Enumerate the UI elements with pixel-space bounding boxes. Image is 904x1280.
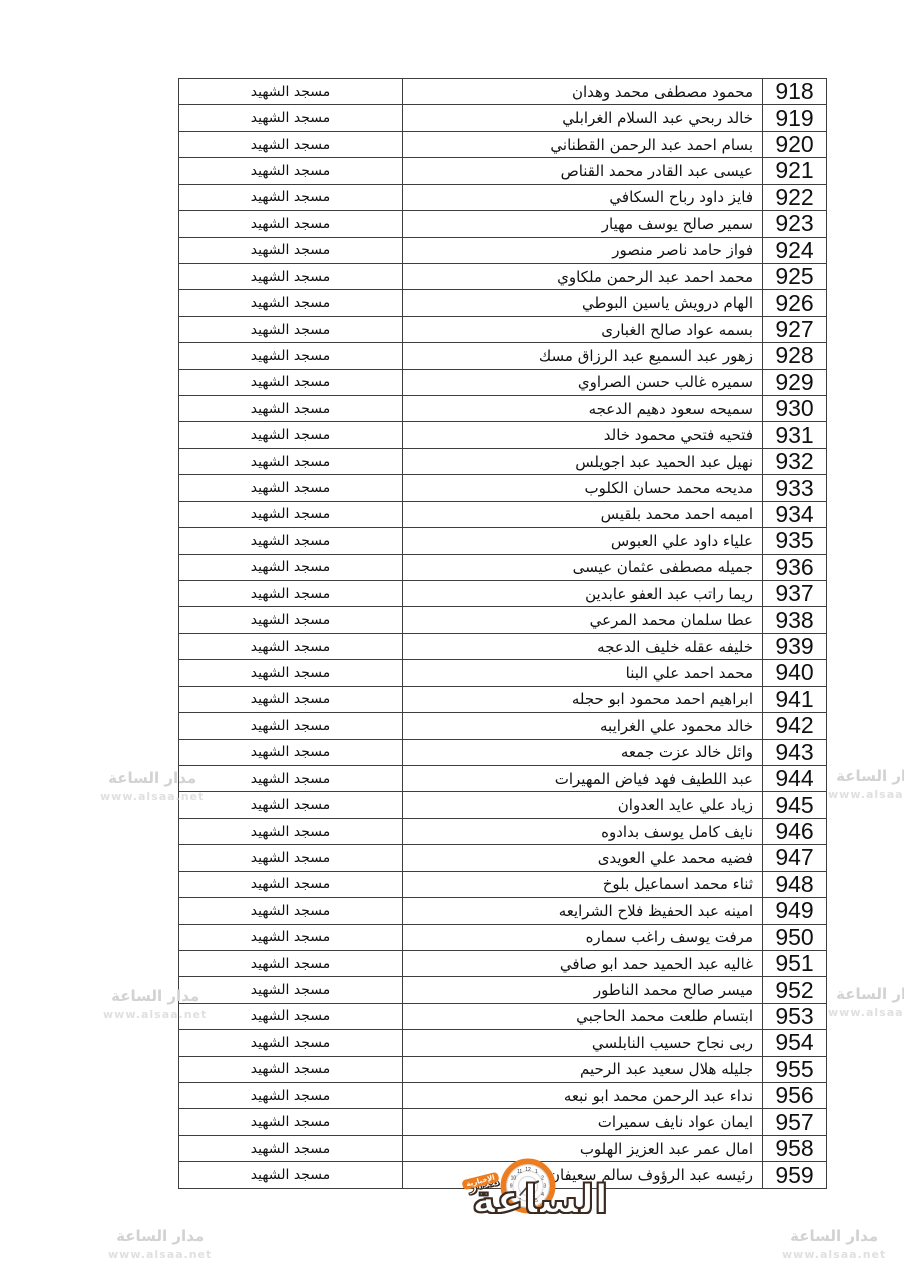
row-number-cell: 936 <box>763 554 827 580</box>
table-row: 948 ثناء محمد اسماعيل بلوخ مسجد الشهيد <box>179 871 827 897</box>
person-name-cell: سمير صالح يوسف مهيار <box>403 211 763 237</box>
mosque-name-cell: مسجد الشهيد <box>179 131 403 157</box>
row-number-cell: 921 <box>763 158 827 184</box>
row-number-cell: 952 <box>763 977 827 1003</box>
person-name-cell: غاليه عبد الحميد حمد ابو صافي <box>403 950 763 976</box>
mosque-name-cell: مسجد الشهيد <box>179 633 403 659</box>
mosque-name-cell: مسجد الشهيد <box>179 448 403 474</box>
table-row: 920 بسام احمد عبد الرحمن القطناني مسجد ا… <box>179 131 827 157</box>
row-number-cell: 937 <box>763 581 827 607</box>
table-row: 946 نايف كامل يوسف بدادوه مسجد الشهيد <box>179 818 827 844</box>
table-row: 928 زهور عبد السميع عبد الرزاق مسك مسجد … <box>179 343 827 369</box>
row-number-cell: 947 <box>763 845 827 871</box>
person-name-cell: خالد ربحي عبد السلام الغرابلي <box>403 105 763 131</box>
table-row: 930 سميحه سعود دهيم الدعجه مسجد الشهيد <box>179 396 827 422</box>
person-name-cell: ابتسام طلعت محمد الحاجبي <box>403 1003 763 1029</box>
table-row: 945 زياد علي عايد العدوان مسجد الشهيد <box>179 792 827 818</box>
mosque-name-cell: مسجد الشهيد <box>179 554 403 580</box>
row-number-cell: 950 <box>763 924 827 950</box>
person-name-cell: مرفت يوسف راغب سماره <box>403 924 763 950</box>
table-row: 931 فتحيه فتحي محمود خالد مسجد الشهيد <box>179 422 827 448</box>
person-name-cell: عبد اللطيف فهد فياض المهيرات <box>403 765 763 791</box>
table-row: 940 محمد احمد علي البنا مسجد الشهيد <box>179 660 827 686</box>
mosque-name-cell: مسجد الشهيد <box>179 158 403 184</box>
mosque-name-cell: مسجد الشهيد <box>179 818 403 844</box>
person-name-cell: بسمه عواد صالح الغبارى <box>403 316 763 342</box>
row-number-cell: 957 <box>763 1109 827 1135</box>
row-number-cell: 949 <box>763 898 827 924</box>
table-row: 923 سمير صالح يوسف مهيار مسجد الشهيد <box>179 211 827 237</box>
roster-table-body: 918 محمود مصطفى محمد وهدان مسجد الشهيد 9… <box>179 79 827 1189</box>
mosque-name-cell: مسجد الشهيد <box>179 184 403 210</box>
table-row: 927 بسمه عواد صالح الغبارى مسجد الشهيد <box>179 316 827 342</box>
mosque-name-cell: مسجد الشهيد <box>179 871 403 897</box>
mosque-name-cell: مسجد الشهيد <box>179 977 403 1003</box>
table-row: 922 فايز داود رباح السكافي مسجد الشهيد <box>179 184 827 210</box>
row-number-cell: 948 <box>763 871 827 897</box>
person-name-cell: ثناء محمد اسماعيل بلوخ <box>403 871 763 897</box>
row-number-cell: 919 <box>763 105 827 131</box>
person-name-cell: وائل خالد عزت جمعه <box>403 739 763 765</box>
table-row: 956 نداء عبد الرحمن محمد ابو نبعه مسجد ا… <box>179 1083 827 1109</box>
table-row: 929 سميره غالب حسن الصراوي مسجد الشهيد <box>179 369 827 395</box>
table-row: 954 ربى نجاح حسيب النابلسي مسجد الشهيد <box>179 1030 827 1056</box>
row-number-cell: 928 <box>763 343 827 369</box>
site-watermark: مدار الساعة www.alsaa.net <box>782 1226 886 1262</box>
row-number-cell: 955 <box>763 1056 827 1082</box>
person-name-cell: عطا سلمان محمد المرعي <box>403 607 763 633</box>
table-row: 924 فواز حامد ناصر منصور مسجد الشهيد <box>179 237 827 263</box>
table-row: 949 امينه عبد الحفيظ فلاح الشرايعه مسجد … <box>179 898 827 924</box>
watermark-url-text: www.alsaa.net <box>828 787 904 802</box>
person-name-cell: عيسى عبد القادر محمد القناص <box>403 158 763 184</box>
row-number-cell: 954 <box>763 1030 827 1056</box>
row-number-cell: 925 <box>763 263 827 289</box>
svg-text:1: 1 <box>535 1169 538 1175</box>
person-name-cell: زهور عبد السميع عبد الرزاق مسك <box>403 343 763 369</box>
site-watermark: مدار الساعة www.alsaa.net <box>828 766 904 802</box>
row-number-cell: 945 <box>763 792 827 818</box>
row-number-cell: 942 <box>763 713 827 739</box>
row-number-cell: 943 <box>763 739 827 765</box>
row-number-cell: 933 <box>763 475 827 501</box>
watermark-url-text: www.alsaa.net <box>828 1005 904 1020</box>
row-number-cell: 926 <box>763 290 827 316</box>
person-name-cell: فتحيه فتحي محمود خالد <box>403 422 763 448</box>
row-number-cell: 941 <box>763 686 827 712</box>
table-row: 918 محمود مصطفى محمد وهدان مسجد الشهيد <box>179 79 827 105</box>
mosque-name-cell: مسجد الشهيد <box>179 79 403 105</box>
mosque-name-cell: مسجد الشهيد <box>179 1135 403 1161</box>
mosque-name-cell: مسجد الشهيد <box>179 1056 403 1082</box>
row-number-cell: 922 <box>763 184 827 210</box>
table-row: 953 ابتسام طلعت محمد الحاجبي مسجد الشهيد <box>179 1003 827 1029</box>
row-number-cell: 929 <box>763 369 827 395</box>
table-row: 941 ابراهيم احمد محمود ابو حجله مسجد الش… <box>179 686 827 712</box>
person-name-cell: نايف كامل يوسف بدادوه <box>403 818 763 844</box>
table-row: 950 مرفت يوسف راغب سماره مسجد الشهيد <box>179 924 827 950</box>
site-watermark: مدار الساعة www.alsaa.net <box>108 1226 212 1262</box>
person-name-cell: محمد احمد علي البنا <box>403 660 763 686</box>
row-number-cell: 934 <box>763 501 827 527</box>
mosque-name-cell: مسجد الشهيد <box>179 660 403 686</box>
mosque-name-cell: مسجد الشهيد <box>179 686 403 712</box>
row-number-cell: 951 <box>763 950 827 976</box>
person-name-cell: ربى نجاح حسيب النابلسي <box>403 1030 763 1056</box>
person-name-cell: بسام احمد عبد الرحمن القطناني <box>403 131 763 157</box>
watermark-arabic-text: مدار الساعة <box>782 1226 886 1247</box>
row-number-cell: 938 <box>763 607 827 633</box>
table-row: 933 مديحه محمد حسان الكلوب مسجد الشهيد <box>179 475 827 501</box>
mosque-name-cell: مسجد الشهيد <box>179 290 403 316</box>
mosque-name-cell: مسجد الشهيد <box>179 316 403 342</box>
mosque-name-cell: مسجد الشهيد <box>179 475 403 501</box>
person-name-cell: خالد محمود علي الغرايبه <box>403 713 763 739</box>
person-name-cell: ايمان عواد نايف سميرات <box>403 1109 763 1135</box>
row-number-cell: 931 <box>763 422 827 448</box>
table-row: 937 ريما راتب عبد العفو عابدين مسجد الشه… <box>179 581 827 607</box>
mosque-name-cell: مسجد الشهيد <box>179 1083 403 1109</box>
document-page: 918 محمود مصطفى محمد وهدان مسجد الشهيد 9… <box>0 0 904 1280</box>
row-number-cell: 959 <box>763 1162 827 1188</box>
mosque-name-cell: مسجد الشهيد <box>179 1030 403 1056</box>
table-row: 957 ايمان عواد نايف سميرات مسجد الشهيد <box>179 1109 827 1135</box>
person-name-cell: الهام درويش ياسين البوطي <box>403 290 763 316</box>
person-name-cell: خليفه عقله خليف الدعجه <box>403 633 763 659</box>
mosque-name-cell: مسجد الشهيد <box>179 845 403 871</box>
person-name-cell: فواز حامد ناصر منصور <box>403 237 763 263</box>
table-row: 936 جميله مصطفى عثمان عيسى مسجد الشهيد <box>179 554 827 580</box>
table-row: 947 فضيه محمد علي العويدى مسجد الشهيد <box>179 845 827 871</box>
mosque-name-cell: مسجد الشهيد <box>179 713 403 739</box>
mosque-name-cell: مسجد الشهيد <box>179 396 403 422</box>
mosque-name-cell: مسجد الشهيد <box>179 607 403 633</box>
person-name-cell: زياد علي عايد العدوان <box>403 792 763 818</box>
person-name-cell: علياء داود علي العبوس <box>403 528 763 554</box>
person-name-cell: ابراهيم احمد محمود ابو حجله <box>403 686 763 712</box>
svg-text:12: 12 <box>525 1167 531 1173</box>
table-row: 944 عبد اللطيف فهد فياض المهيرات مسجد ال… <box>179 765 827 791</box>
person-name-cell: نهيل عبد الحميد عبد اجويلس <box>403 448 763 474</box>
row-number-cell: 918 <box>763 79 827 105</box>
table-row: 921 عيسى عبد القادر محمد القناص مسجد الش… <box>179 158 827 184</box>
table-row: 925 محمد احمد عبد الرحمن ملكاوي مسجد الش… <box>179 263 827 289</box>
mosque-name-cell: مسجد الشهيد <box>179 1162 403 1188</box>
person-name-cell: سميره غالب حسن الصراوي <box>403 369 763 395</box>
person-name-cell: محمد احمد عبد الرحمن ملكاوي <box>403 263 763 289</box>
victims-roster-table: 918 محمود مصطفى محمد وهدان مسجد الشهيد 9… <box>178 78 827 1189</box>
person-name-cell: ريما راتب عبد العفو عابدين <box>403 581 763 607</box>
person-name-cell: سميحه سعود دهيم الدعجه <box>403 396 763 422</box>
mosque-name-cell: مسجد الشهيد <box>179 528 403 554</box>
mosque-name-cell: مسجد الشهيد <box>179 1109 403 1135</box>
mosque-name-cell: مسجد الشهيد <box>179 898 403 924</box>
row-number-cell: 932 <box>763 448 827 474</box>
mosque-name-cell: مسجد الشهيد <box>179 581 403 607</box>
mosque-name-cell: مسجد الشهيد <box>179 501 403 527</box>
mosque-name-cell: مسجد الشهيد <box>179 792 403 818</box>
person-name-cell: محمود مصطفى محمد وهدان <box>403 79 763 105</box>
mosque-name-cell: مسجد الشهيد <box>179 105 403 131</box>
news-site-logo: 121234567891011 الإخبارية مدار الساعة <box>446 1150 616 1236</box>
table-row: 951 غاليه عبد الحميد حمد ابو صافي مسجد ا… <box>179 950 827 976</box>
table-row: 932 نهيل عبد الحميد عبد اجويلس مسجد الشه… <box>179 448 827 474</box>
row-number-cell: 953 <box>763 1003 827 1029</box>
person-name-cell: امينه عبد الحفيظ فلاح الشرايعه <box>403 898 763 924</box>
watermark-url-text: www.alsaa.net <box>782 1247 886 1262</box>
row-number-cell: 920 <box>763 131 827 157</box>
person-name-cell: فايز داود رباح السكافي <box>403 184 763 210</box>
mosque-name-cell: مسجد الشهيد <box>179 263 403 289</box>
person-name-cell: ميسر صالح محمد الناطور <box>403 977 763 1003</box>
row-number-cell: 940 <box>763 660 827 686</box>
row-number-cell: 956 <box>763 1083 827 1109</box>
row-number-cell: 924 <box>763 237 827 263</box>
row-number-cell: 958 <box>763 1135 827 1161</box>
site-watermark: مدار الساعة www.alsaa.net <box>828 984 904 1020</box>
table-row: 942 خالد محمود علي الغرايبه مسجد الشهيد <box>179 713 827 739</box>
person-name-cell: اميمه احمد محمد بلقيس <box>403 501 763 527</box>
watermark-arabic-text: مدار الساعة <box>828 984 904 1005</box>
table-row: 935 علياء داود علي العبوس مسجد الشهيد <box>179 528 827 554</box>
mosque-name-cell: مسجد الشهيد <box>179 369 403 395</box>
mosque-name-cell: مسجد الشهيد <box>179 343 403 369</box>
watermark-arabic-text: مدار الساعة <box>828 766 904 787</box>
row-number-cell: 927 <box>763 316 827 342</box>
person-name-cell: جليله هلال سعيد عبد الرحيم <box>403 1056 763 1082</box>
row-number-cell: 944 <box>763 765 827 791</box>
table-row: 939 خليفه عقله خليف الدعجه مسجد الشهيد <box>179 633 827 659</box>
row-number-cell: 946 <box>763 818 827 844</box>
table-row: 952 ميسر صالح محمد الناطور مسجد الشهيد <box>179 977 827 1003</box>
watermark-arabic-text: مدار الساعة <box>108 1226 212 1247</box>
svg-text:11: 11 <box>517 1169 522 1175</box>
table-row: 943 وائل خالد عزت جمعه مسجد الشهيد <box>179 739 827 765</box>
mosque-name-cell: مسجد الشهيد <box>179 924 403 950</box>
table-row: 955 جليله هلال سعيد عبد الرحيم مسجد الشه… <box>179 1056 827 1082</box>
mosque-name-cell: مسجد الشهيد <box>179 1003 403 1029</box>
row-number-cell: 935 <box>763 528 827 554</box>
mosque-name-cell: مسجد الشهيد <box>179 765 403 791</box>
mosque-name-cell: مسجد الشهيد <box>179 950 403 976</box>
table-row: 934 اميمه احمد محمد بلقيس مسجد الشهيد <box>179 501 827 527</box>
mosque-name-cell: مسجد الشهيد <box>179 739 403 765</box>
row-number-cell: 930 <box>763 396 827 422</box>
person-name-cell: مديحه محمد حسان الكلوب <box>403 475 763 501</box>
row-number-cell: 939 <box>763 633 827 659</box>
person-name-cell: فضيه محمد علي العويدى <box>403 845 763 871</box>
mosque-name-cell: مسجد الشهيد <box>179 422 403 448</box>
table-row: 919 خالد ربحي عبد السلام الغرابلي مسجد ا… <box>179 105 827 131</box>
watermark-url-text: www.alsaa.net <box>108 1247 212 1262</box>
table-row: 938 عطا سلمان محمد المرعي مسجد الشهيد <box>179 607 827 633</box>
table-row: 926 الهام درويش ياسين البوطي مسجد الشهيد <box>179 290 827 316</box>
row-number-cell: 923 <box>763 211 827 237</box>
mosque-name-cell: مسجد الشهيد <box>179 237 403 263</box>
mosque-name-cell: مسجد الشهيد <box>179 211 403 237</box>
person-name-cell: جميله مصطفى عثمان عيسى <box>403 554 763 580</box>
person-name-cell: نداء عبد الرحمن محمد ابو نبعه <box>403 1083 763 1109</box>
